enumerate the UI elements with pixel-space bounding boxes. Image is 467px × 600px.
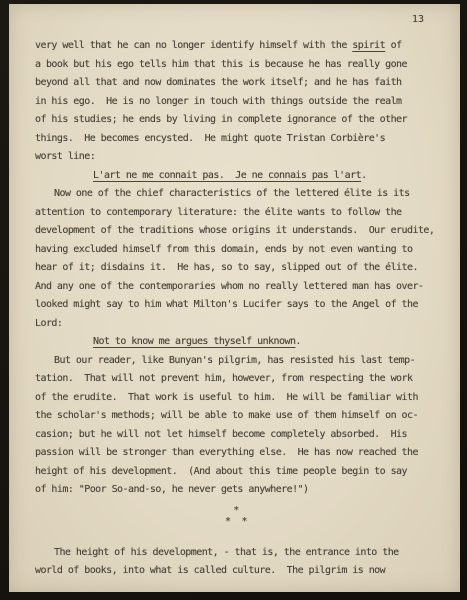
- manuscript-page: 13 very well that he can no longer ident…: [9, 4, 460, 592]
- text-block: very well that he can no longer identify…: [35, 37, 437, 581]
- text-line: world of books, into what is called cult…: [35, 562, 437, 581]
- text-line: But our reader, like Bunyan's pilgrim, h…: [35, 352, 437, 371]
- section-break-dinkus: ** *: [35, 505, 437, 527]
- dinkus-line: * *: [35, 516, 437, 527]
- text-line: hear of it; disdains it. He has, so to s…: [35, 259, 437, 278]
- text-line: passion will be stronger than everything…: [35, 444, 437, 463]
- text-line: height of his development. (And about th…: [35, 463, 437, 482]
- underlined-text: spirit: [352, 40, 385, 51]
- text-line: a book but his ego tells him that this i…: [35, 56, 437, 75]
- text-line: of his studies; he ends by living in com…: [35, 111, 437, 130]
- text-line: tation. That will not prevent him, howev…: [35, 370, 437, 389]
- text-line: Now one of the chief characteristics of …: [35, 185, 437, 204]
- text-line: The height of his development, - that is…: [35, 544, 437, 563]
- text-line: development of the traditions whose orig…: [35, 222, 437, 241]
- text-line: worst line:: [35, 148, 437, 167]
- text-line: attention to contemporary literature: th…: [35, 204, 437, 223]
- text-line: And any one of the contemporaries whom n…: [35, 278, 437, 297]
- text-line: Lord:: [35, 315, 437, 334]
- quotation-line: Not to know me argues thyself unknown.: [35, 333, 437, 352]
- text-line: in his ego. He is no longer in touch wit…: [35, 93, 437, 112]
- text-line: of the erudite. That work is useful to h…: [35, 389, 437, 408]
- underlined-text: Not to know me argues thyself unknown: [93, 336, 295, 347]
- dinkus-line: *: [35, 505, 437, 516]
- text-line: the scholar's methods; will be able to m…: [35, 407, 437, 426]
- page-number: 13: [412, 14, 424, 25]
- underlined-text: L'art ne me connait pas. Je ne connais p…: [93, 170, 361, 181]
- text-line: having excluded himself from this domain…: [35, 241, 437, 260]
- text-line: things. He becomes encysted. He might qu…: [35, 130, 437, 149]
- text-line: beyond all that and now dominates the wo…: [35, 74, 437, 93]
- text-line: of him: "Poor So-and-so, he never gets a…: [35, 481, 437, 500]
- quotation-line: L'art ne me connait pas. Je ne connais p…: [35, 167, 437, 186]
- text-line: casion; but he will not let himself beco…: [35, 426, 437, 445]
- text-line: looked might say to him what Milton's Lu…: [35, 296, 437, 315]
- text-line: very well that he can no longer identify…: [35, 37, 437, 56]
- photo-background: 13 very well that he can no longer ident…: [0, 0, 467, 600]
